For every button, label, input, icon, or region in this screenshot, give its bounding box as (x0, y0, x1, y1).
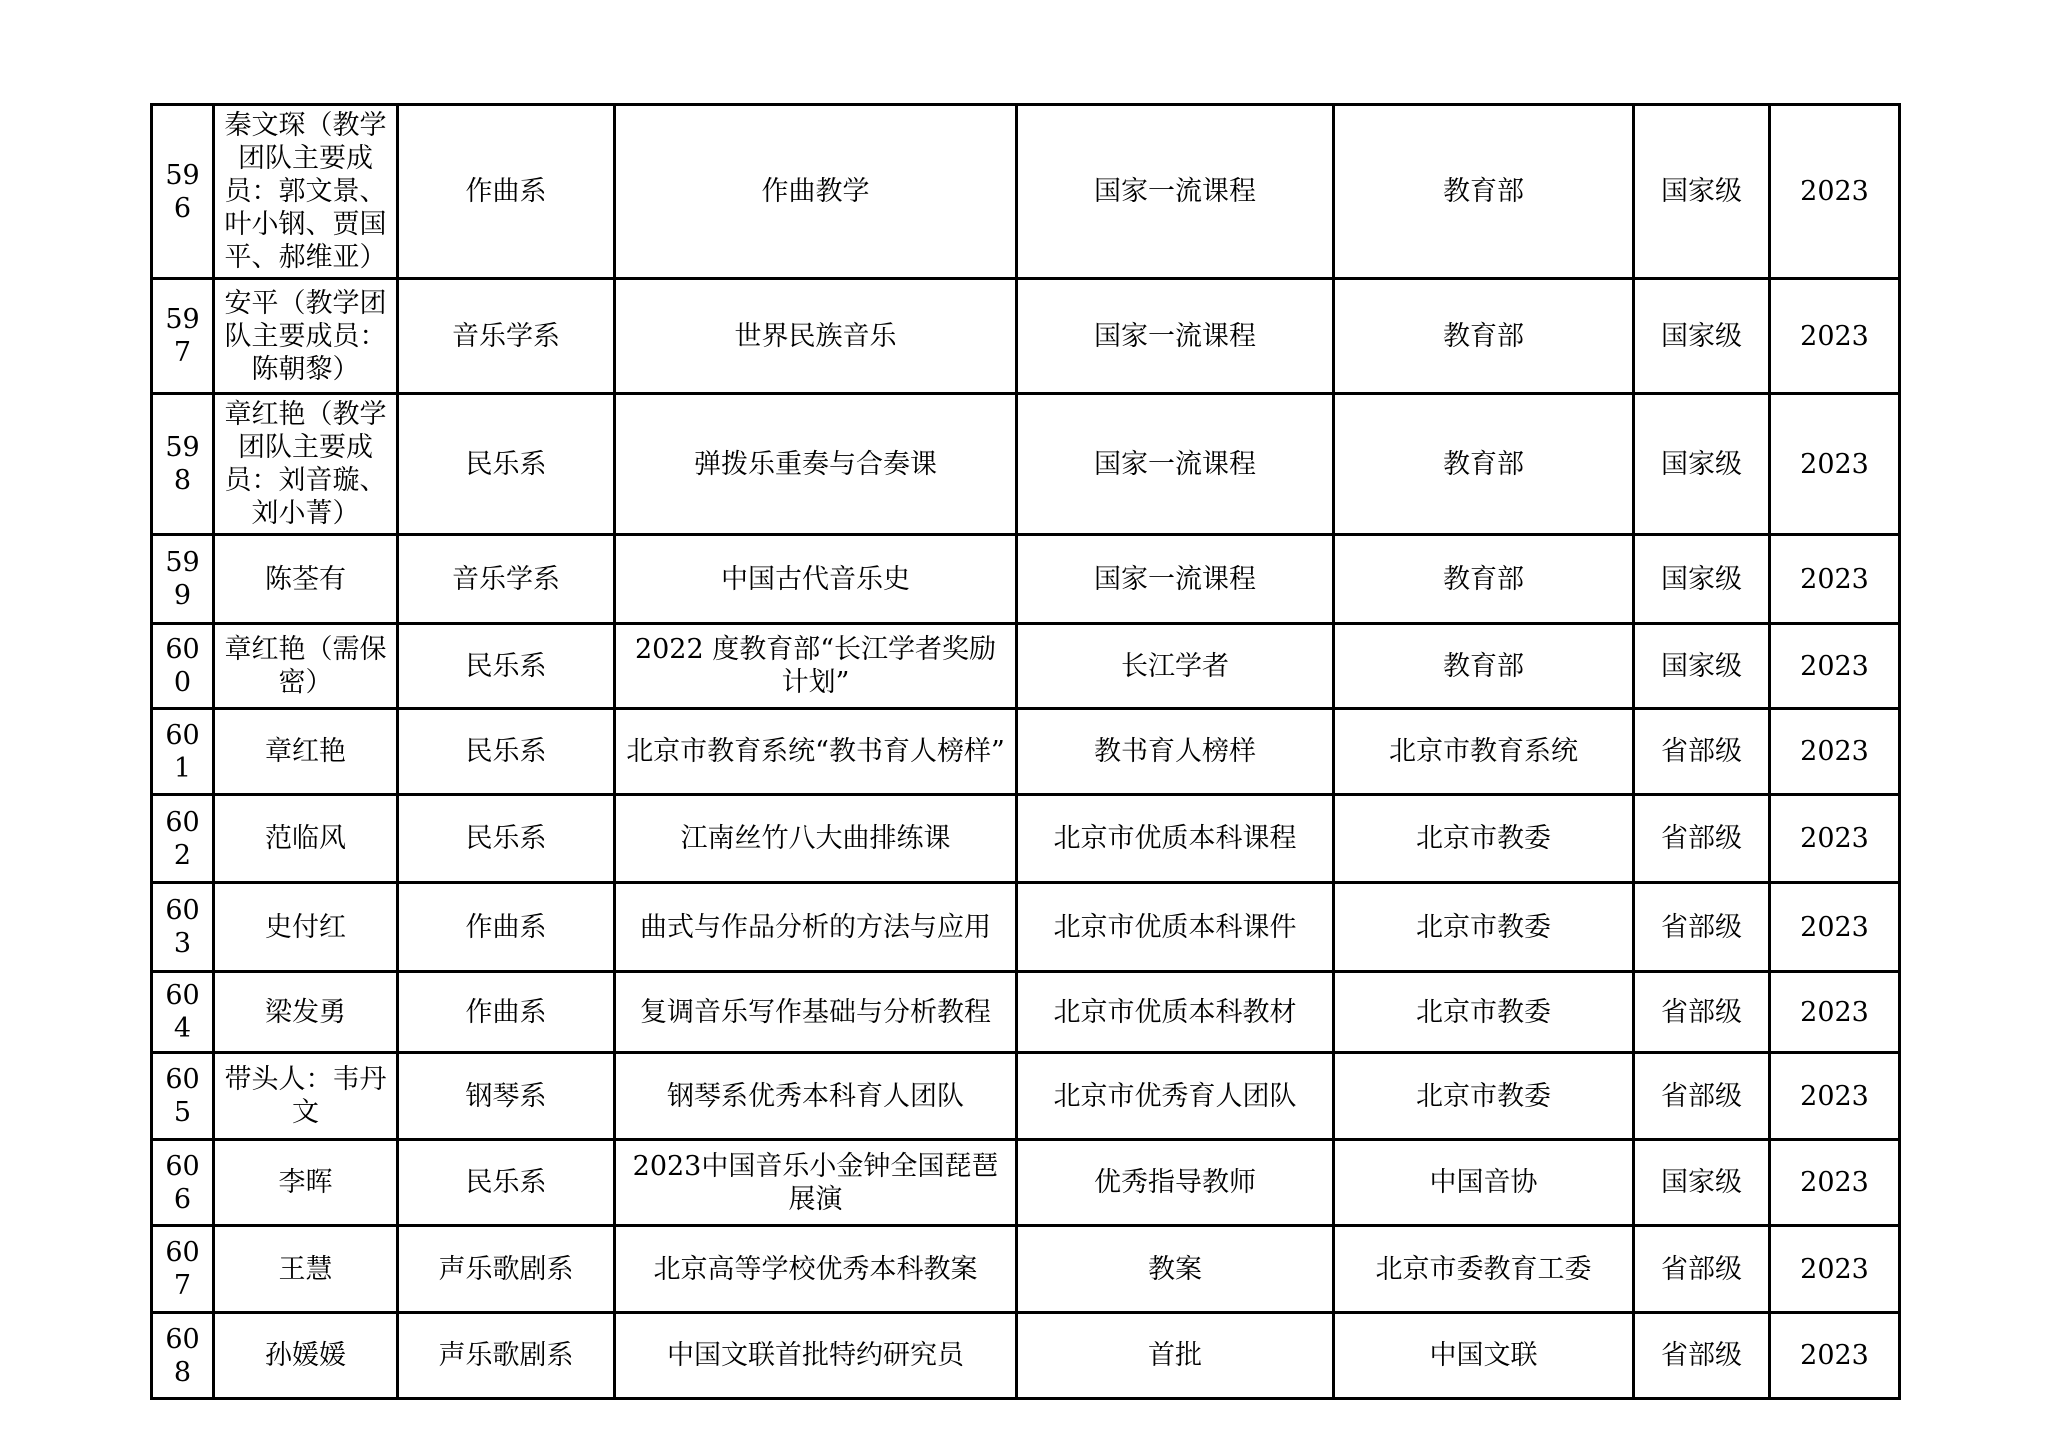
cell-organization: 中国音协 (1334, 1140, 1634, 1226)
cell-organization: 教育部 (1334, 394, 1634, 535)
cell-level: 国家级 (1634, 105, 1770, 279)
cell-organization: 北京市教委 (1334, 972, 1634, 1053)
cell-achievement: 世界民族音乐 (615, 279, 1017, 394)
cell-year: 2023 (1770, 795, 1900, 883)
cell-department: 音乐学系 (398, 279, 615, 394)
cell-achievement: 复调音乐写作基础与分析教程 (615, 972, 1017, 1053)
cell-person-name: 秦文琛（教学团队主要成员：郭文景、叶小钢、贾国平、郝维亚） (214, 105, 398, 279)
cell-level: 国家级 (1634, 624, 1770, 709)
cell-award-title: 北京市优质本科课程 (1017, 795, 1334, 883)
table-row: 604 梁发勇 作曲系 复调音乐写作基础与分析教程 北京市优质本科教材 北京市教… (152, 972, 1900, 1053)
cell-department: 民乐系 (398, 1140, 615, 1226)
cell-person-name: 章红艳（需保密） (214, 624, 398, 709)
table-row: 599 陈荃有 音乐学系 中国古代音乐史 国家一流课程 教育部 国家级 2023 (152, 535, 1900, 624)
cell-award-title: 国家一流课程 (1017, 394, 1334, 535)
cell-level: 省部级 (1634, 972, 1770, 1053)
cell-award-title: 北京市优质本科教材 (1017, 972, 1334, 1053)
cell-award-title: 优秀指导教师 (1017, 1140, 1334, 1226)
cell-person-name: 范临风 (214, 795, 398, 883)
cell-achievement: 北京市教育系统“教书育人榜样” (615, 709, 1017, 795)
cell-achievement: 作曲教学 (615, 105, 1017, 279)
cell-organization: 中国文联 (1334, 1313, 1634, 1399)
cell-achievement: 江南丝竹八大曲排练课 (615, 795, 1017, 883)
table-row: 605 带头人：韦丹文 钢琴系 钢琴系优秀本科育人团队 北京市优秀育人团队 北京… (152, 1053, 1900, 1140)
cell-award-title: 北京市优质本科课件 (1017, 883, 1334, 972)
cell-achievement: 弹拨乐重奏与合奏课 (615, 394, 1017, 535)
cell-award-title: 教书育人榜样 (1017, 709, 1334, 795)
cell-organization: 教育部 (1334, 105, 1634, 279)
cell-department: 民乐系 (398, 709, 615, 795)
cell-department: 声乐歌剧系 (398, 1313, 615, 1399)
cell-department: 钢琴系 (398, 1053, 615, 1140)
table-row: 603 史付红 作曲系 曲式与作品分析的方法与应用 北京市优质本科课件 北京市教… (152, 883, 1900, 972)
awards-table: 596 秦文琛（教学团队主要成员：郭文景、叶小钢、贾国平、郝维亚） 作曲系 作曲… (150, 103, 1901, 1400)
cell-organization: 教育部 (1334, 535, 1634, 624)
cell-achievement: 中国古代音乐史 (615, 535, 1017, 624)
cell-level: 省部级 (1634, 795, 1770, 883)
cell-award-title: 教案 (1017, 1226, 1334, 1313)
cell-achievement: 2022 度教育部“长江学者奖励计划” (615, 624, 1017, 709)
cell-department: 作曲系 (398, 883, 615, 972)
cell-department: 作曲系 (398, 105, 615, 279)
cell-person-name: 陈荃有 (214, 535, 398, 624)
cell-person-name: 孙媛媛 (214, 1313, 398, 1399)
cell-award-title: 国家一流课程 (1017, 535, 1334, 624)
cell-person-name: 史付红 (214, 883, 398, 972)
cell-achievement: 中国文联首批特约研究员 (615, 1313, 1017, 1399)
cell-index: 599 (152, 535, 214, 624)
cell-department: 民乐系 (398, 394, 615, 535)
cell-award-title: 首批 (1017, 1313, 1334, 1399)
cell-year: 2023 (1770, 1053, 1900, 1140)
table-row: 598 章红艳（教学团队主要成员：刘音璇、刘小菁） 民乐系 弹拨乐重奏与合奏课 … (152, 394, 1900, 535)
table-row: 597 安平（教学团队主要成员：陈朝黎） 音乐学系 世界民族音乐 国家一流课程 … (152, 279, 1900, 394)
cell-year: 2023 (1770, 709, 1900, 795)
cell-index: 598 (152, 394, 214, 535)
cell-level: 国家级 (1634, 1140, 1770, 1226)
cell-award-title: 长江学者 (1017, 624, 1334, 709)
table-row: 602 范临风 民乐系 江南丝竹八大曲排练课 北京市优质本科课程 北京市教委 省… (152, 795, 1900, 883)
cell-department: 声乐歌剧系 (398, 1226, 615, 1313)
cell-achievement: 钢琴系优秀本科育人团队 (615, 1053, 1017, 1140)
table-row: 596 秦文琛（教学团队主要成员：郭文景、叶小钢、贾国平、郝维亚） 作曲系 作曲… (152, 105, 1900, 279)
cell-person-name: 章红艳（教学团队主要成员：刘音璇、刘小菁） (214, 394, 398, 535)
cell-department: 作曲系 (398, 972, 615, 1053)
cell-person-name: 梁发勇 (214, 972, 398, 1053)
table-row: 606 李晖 民乐系 2023中国音乐小金钟全国琵琶展演 优秀指导教师 中国音协… (152, 1140, 1900, 1226)
cell-level: 省部级 (1634, 1313, 1770, 1399)
cell-award-title: 国家一流课程 (1017, 105, 1334, 279)
cell-person-name: 带头人：韦丹文 (214, 1053, 398, 1140)
cell-level: 国家级 (1634, 535, 1770, 624)
cell-award-title: 国家一流课程 (1017, 279, 1334, 394)
cell-year: 2023 (1770, 1226, 1900, 1313)
cell-person-name: 王慧 (214, 1226, 398, 1313)
cell-level: 省部级 (1634, 1053, 1770, 1140)
cell-achievement: 曲式与作品分析的方法与应用 (615, 883, 1017, 972)
cell-organization: 北京市教委 (1334, 1053, 1634, 1140)
table-row: 600 章红艳（需保密） 民乐系 2022 度教育部“长江学者奖励计划” 长江学… (152, 624, 1900, 709)
cell-index: 600 (152, 624, 214, 709)
cell-organization: 北京市教委 (1334, 795, 1634, 883)
cell-year: 2023 (1770, 394, 1900, 535)
cell-year: 2023 (1770, 535, 1900, 624)
cell-index: 606 (152, 1140, 214, 1226)
cell-level: 省部级 (1634, 709, 1770, 795)
table-row: 601 章红艳 民乐系 北京市教育系统“教书育人榜样” 教书育人榜样 北京市教育… (152, 709, 1900, 795)
cell-index: 604 (152, 972, 214, 1053)
cell-index: 596 (152, 105, 214, 279)
cell-index: 602 (152, 795, 214, 883)
cell-organization: 北京市委教育工委 (1334, 1226, 1634, 1313)
cell-index: 597 (152, 279, 214, 394)
cell-index: 603 (152, 883, 214, 972)
cell-achievement: 北京高等学校优秀本科教案 (615, 1226, 1017, 1313)
cell-year: 2023 (1770, 624, 1900, 709)
awards-table-body: 596 秦文琛（教学团队主要成员：郭文景、叶小钢、贾国平、郝维亚） 作曲系 作曲… (152, 105, 1900, 1399)
table-row: 607 王慧 声乐歌剧系 北京高等学校优秀本科教案 教案 北京市委教育工委 省部… (152, 1226, 1900, 1313)
cell-year: 2023 (1770, 1313, 1900, 1399)
cell-person-name: 章红艳 (214, 709, 398, 795)
cell-level: 国家级 (1634, 394, 1770, 535)
document-page: 596 秦文琛（教学团队主要成员：郭文景、叶小钢、贾国平、郝维亚） 作曲系 作曲… (0, 0, 2048, 1449)
cell-index: 601 (152, 709, 214, 795)
cell-index: 607 (152, 1226, 214, 1313)
cell-year: 2023 (1770, 883, 1900, 972)
cell-person-name: 李晖 (214, 1140, 398, 1226)
cell-achievement: 2023中国音乐小金钟全国琵琶展演 (615, 1140, 1017, 1226)
cell-index: 605 (152, 1053, 214, 1140)
cell-level: 国家级 (1634, 279, 1770, 394)
cell-department: 民乐系 (398, 624, 615, 709)
cell-organization: 教育部 (1334, 624, 1634, 709)
cell-organization: 教育部 (1334, 279, 1634, 394)
cell-department: 音乐学系 (398, 535, 615, 624)
cell-year: 2023 (1770, 279, 1900, 394)
cell-level: 省部级 (1634, 1226, 1770, 1313)
cell-award-title: 北京市优秀育人团队 (1017, 1053, 1334, 1140)
cell-year: 2023 (1770, 105, 1900, 279)
table-row: 608 孙媛媛 声乐歌剧系 中国文联首批特约研究员 首批 中国文联 省部级 20… (152, 1313, 1900, 1399)
cell-level: 省部级 (1634, 883, 1770, 972)
cell-year: 2023 (1770, 1140, 1900, 1226)
cell-organization: 北京市教委 (1334, 883, 1634, 972)
cell-index: 608 (152, 1313, 214, 1399)
cell-person-name: 安平（教学团队主要成员：陈朝黎） (214, 279, 398, 394)
cell-organization: 北京市教育系统 (1334, 709, 1634, 795)
cell-department: 民乐系 (398, 795, 615, 883)
cell-year: 2023 (1770, 972, 1900, 1053)
